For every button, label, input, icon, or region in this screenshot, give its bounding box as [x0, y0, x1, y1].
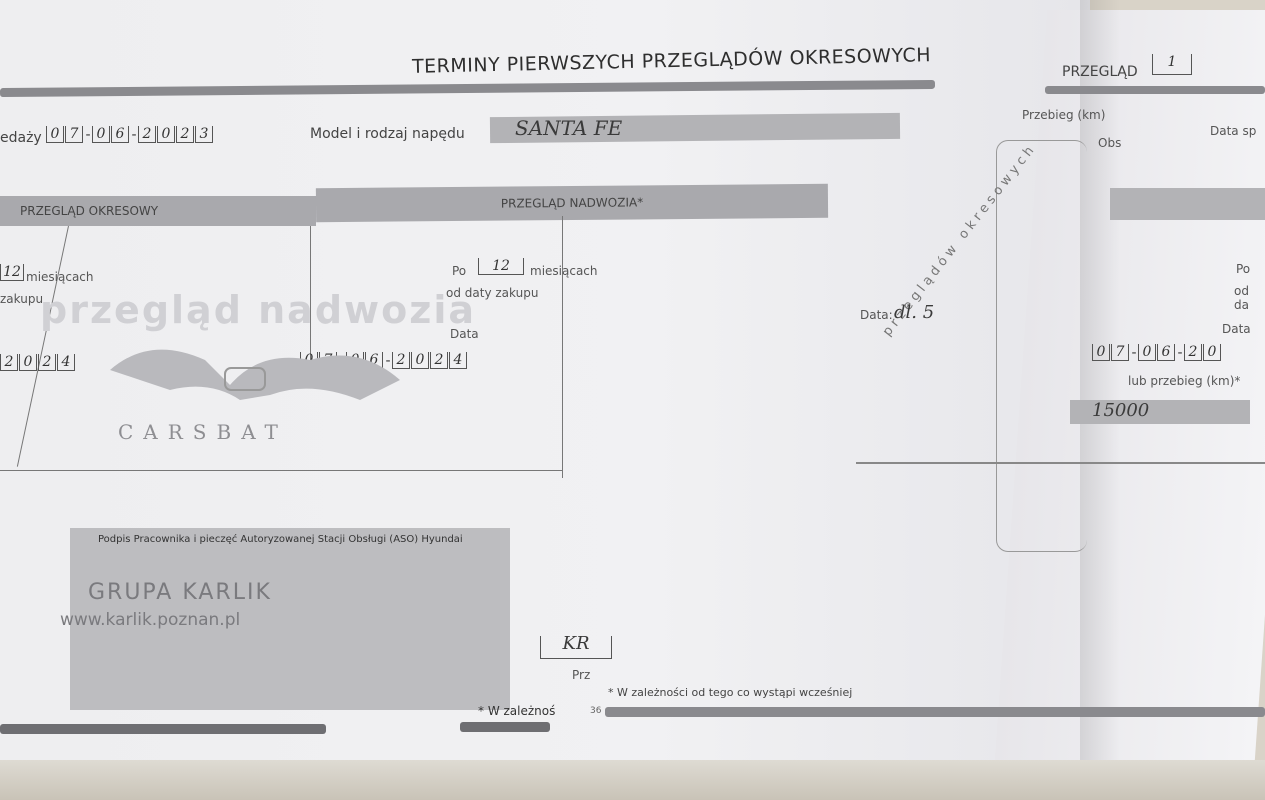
- right-number-box: 1: [1152, 54, 1193, 75]
- date-separator: -: [130, 127, 138, 143]
- right-after-label: Po: [1236, 262, 1250, 276]
- page-number: 36: [590, 706, 601, 716]
- right-header-bar: [1110, 188, 1265, 220]
- table-divider: [562, 216, 563, 478]
- digit-box: 7: [65, 126, 83, 143]
- mid-from-label: od daty zakupu: [446, 286, 538, 300]
- stamp-caption: Podpis Pracownika i pieczęć Autoryzowane…: [98, 534, 463, 545]
- model-label: Model i rodzaj napędu: [310, 126, 465, 142]
- digit-box: 3: [195, 126, 213, 143]
- digit-box: 0: [1092, 344, 1110, 361]
- left-months-label: miesiącach: [26, 270, 94, 284]
- right-from-label: od da: [1234, 284, 1265, 312]
- digit-box: 2: [1184, 344, 1202, 361]
- signature-boxes: KR: [540, 636, 613, 659]
- right-mileage-value: 15000: [1092, 400, 1149, 421]
- digit-box: 6: [1157, 344, 1175, 361]
- table-bottom-line: [0, 470, 563, 471]
- right-signed-date-value: dl. 5: [894, 302, 934, 323]
- digit-box: 4: [449, 352, 467, 369]
- right-signed-date-label: Data:: [860, 308, 893, 322]
- inspection-number: 1: [1152, 54, 1192, 75]
- digit-box: 0: [411, 352, 429, 369]
- mid-date-label: Data: [450, 327, 479, 341]
- right-section-line: [856, 462, 1265, 464]
- digit-box: 0: [1203, 344, 1221, 361]
- left-months-box: 12: [0, 264, 25, 281]
- right-mileage-label: Przebieg (km): [1022, 108, 1105, 122]
- right-service-label: Obs: [1098, 136, 1121, 150]
- sale-date-boxes: 0 7 - 0 6 - 2 0 2 3: [46, 126, 214, 143]
- date-separator: -: [84, 127, 92, 143]
- footnote-left: * W zależnoś: [478, 704, 555, 718]
- bottom-rule-left: [0, 724, 326, 734]
- digit-box: 2: [38, 354, 56, 371]
- bottom-rule-right: [605, 707, 1265, 717]
- digit-box: 0: [1138, 344, 1156, 361]
- left-from-label: zakupu: [0, 292, 43, 306]
- bottom-rule-mid: [460, 722, 550, 732]
- right-stamp-frame: [996, 140, 1087, 552]
- stamp-company: GRUPA KARLIK: [88, 580, 272, 605]
- table-surface: [0, 760, 1265, 800]
- watermark-text: przegląd nadwozia: [40, 288, 476, 332]
- digit-box: 4: [57, 354, 75, 371]
- mid-months-box: 12: [478, 258, 525, 275]
- right-or-mileage-label: lub przebieg (km)*: [1128, 374, 1240, 388]
- digit-box: 12: [0, 264, 24, 281]
- digit-box: 0: [19, 354, 37, 371]
- date-separator: -: [1130, 345, 1138, 361]
- digit-box: 0: [92, 126, 110, 143]
- header-periodic: PRZEGLĄD OKRESOWY: [0, 196, 316, 226]
- sale-date-label: edaży: [0, 130, 42, 146]
- digit-box: 7: [1111, 344, 1129, 361]
- digit-box: 2: [0, 354, 18, 371]
- digit-box: 2: [430, 352, 448, 369]
- left-date-boxes: 2 0 2 4: [0, 354, 76, 371]
- right-date-label: Data: [1222, 322, 1251, 336]
- right-date-boxes: 0 7 - 0 6 - 2 0: [1092, 344, 1222, 361]
- date-separator: -: [1176, 345, 1184, 361]
- signature-label: Prz: [572, 668, 590, 682]
- right-title: PRZEGLĄD: [1062, 64, 1138, 80]
- digit-box: 0: [157, 126, 175, 143]
- stamp-url: www.karlik.poznan.pl: [60, 610, 240, 630]
- digit-box: 0: [46, 126, 64, 143]
- dealer-logo-text: CARSBAT: [118, 420, 288, 444]
- digit-box: 12: [478, 258, 524, 275]
- mid-months-label: miesiącach: [530, 264, 598, 278]
- mid-after-label: Po: [452, 264, 466, 278]
- model-value: SANTA FE: [515, 116, 622, 140]
- signature-value: KR: [540, 636, 612, 659]
- dealer-logo-graphic: [110, 340, 400, 410]
- right-date-label-top: Data sp: [1210, 124, 1256, 138]
- digit-box: 2: [138, 126, 156, 143]
- footnote: * W zależności od tego co wystąpi wcześn…: [608, 686, 852, 699]
- header-body: PRZEGLĄD NADWOZIA*: [316, 184, 828, 222]
- right-title-rule: [1045, 86, 1265, 94]
- digit-box: 2: [176, 126, 194, 143]
- digit-box: 6: [111, 126, 129, 143]
